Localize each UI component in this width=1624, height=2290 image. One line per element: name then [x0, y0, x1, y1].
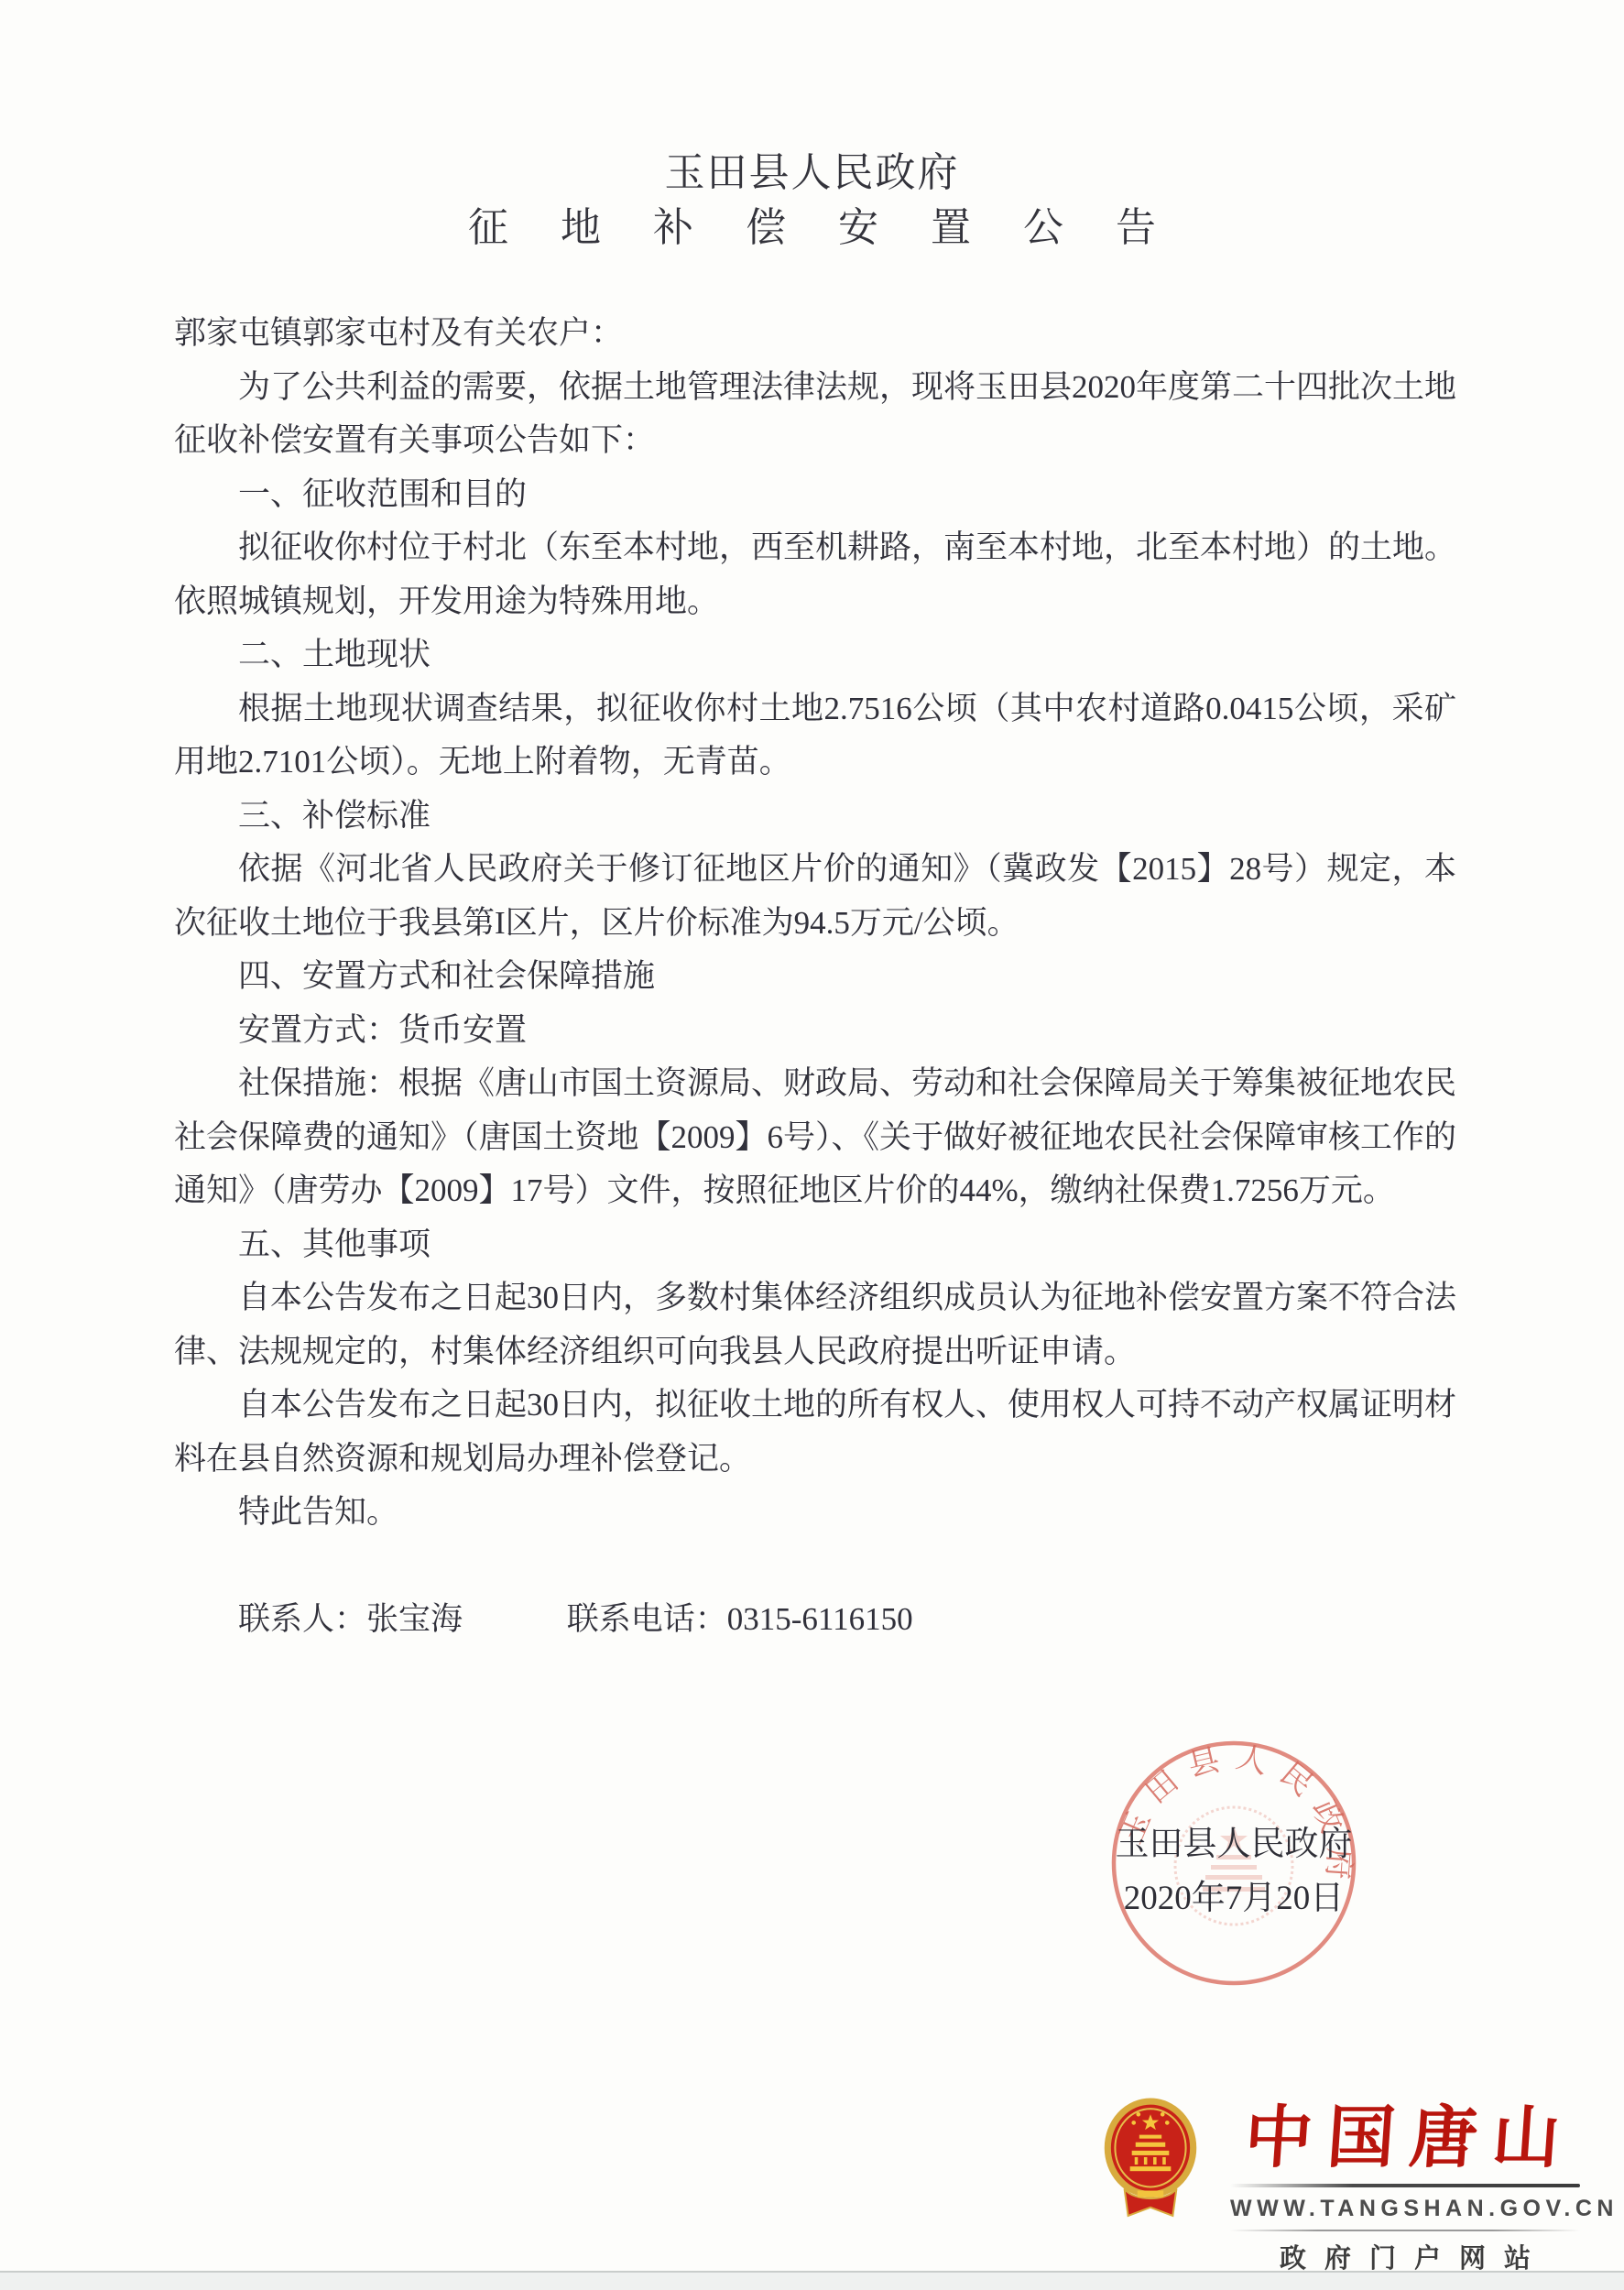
body-paragraph: 依据《河北省人民政府关于修订征地区片价的通知》（冀政发【2015】28号）规定，… [174, 843, 1456, 950]
signature-date: 2020年7月20日 [1088, 1871, 1379, 1925]
notice-title: 征 地 补 偿 安 置 公 告 [0, 194, 1624, 253]
body-paragraph: 二、土地现状 [174, 628, 1456, 682]
contact-line: 联系人：张宝海 联系电话：0315-6116150 [174, 1593, 1456, 1647]
body-paragraph: 为了公共利益的需要，依据土地管理法律法规，现将玉田县2020年度第二十四批次土地… [174, 361, 1456, 468]
body-paragraph: 根据土地现状调查结果，拟征收你村土地2.7516公顷（其中农村道路0.0415公… [174, 682, 1456, 790]
body-paragraph: 五、其他事项 [174, 1218, 1456, 1272]
page-title: 玉田县人民政府 [0, 139, 1624, 198]
national-emblem-icon [1104, 2098, 1197, 2220]
body-paragraph: 自本公告发布之日起30日内，拟征收土地的所有权人、使用权人可持不动产权属证明材料… [174, 1379, 1456, 1486]
document-body: 郭家屯镇郭家屯村及有关农户：为了公共利益的需要，依据土地管理法律法规，现将玉田县… [174, 307, 1456, 1647]
body-paragraph: 社保措施：根据《唐山市国土资源局、财政局、劳动和社会保障局关于筹集被征地农民社会… [174, 1057, 1456, 1218]
body-paragraph: 三、补偿标准 [174, 790, 1456, 844]
portal-brand-block: 中国唐山 WWW.TANGSHAN.GOV.CN 政府门户网站 [1230, 2096, 1580, 2275]
document-page: 玉田县人民政府 征 地 补 偿 安 置 公 告 郭家屯镇郭家屯村及有关农户：为了… [0, 0, 1624, 2290]
signature-name: 玉田县人民政府 [1088, 1817, 1379, 1871]
body-paragraph: 自本公告发布之日起30日内，多数村集体经济组织成员认为征地补偿安置方案不符合法律… [174, 1271, 1456, 1379]
contact-phone: 联系电话：0315-6116150 [567, 1601, 913, 1637]
url-divider [1230, 2230, 1580, 2231]
signature-block: 玉田县人民政府 2020年7月20日 [1088, 1817, 1379, 1925]
body-paragraph: 特此告知。 [174, 1486, 1456, 1540]
body-paragraph: 拟征收你村位于村北（东至本村地，西至机耕路，南至本村地，北至本村地）的土地。依照… [174, 521, 1456, 628]
site-footer: 中国唐山 WWW.TANGSHAN.GOV.CN 政府门户网站 [1104, 2096, 1580, 2279]
body-paragraph: 一、征收范围和目的 [174, 468, 1456, 522]
body-paragraphs: 郭家屯镇郭家屯村及有关农户：为了公共利益的需要，依据土地管理法律法规，现将玉田县… [174, 307, 1456, 1540]
contact-person: 联系人：张宝海 [238, 1601, 463, 1637]
body-paragraph: 郭家屯镇郭家屯村及有关农户： [174, 307, 1456, 361]
brand-divider [1230, 2184, 1580, 2187]
scan-page-edge [0, 2271, 1624, 2290]
body-paragraph: 安置方式：货币安置 [174, 1004, 1456, 1058]
site-url: WWW.TANGSHAN.GOV.CN [1230, 2196, 1580, 2222]
site-brand: 中国唐山 [1227, 2096, 1583, 2180]
body-paragraph: 四、安置方式和社会保障措施 [174, 950, 1456, 1004]
site-subtitle: 政府门户网站 [1230, 2238, 1580, 2275]
